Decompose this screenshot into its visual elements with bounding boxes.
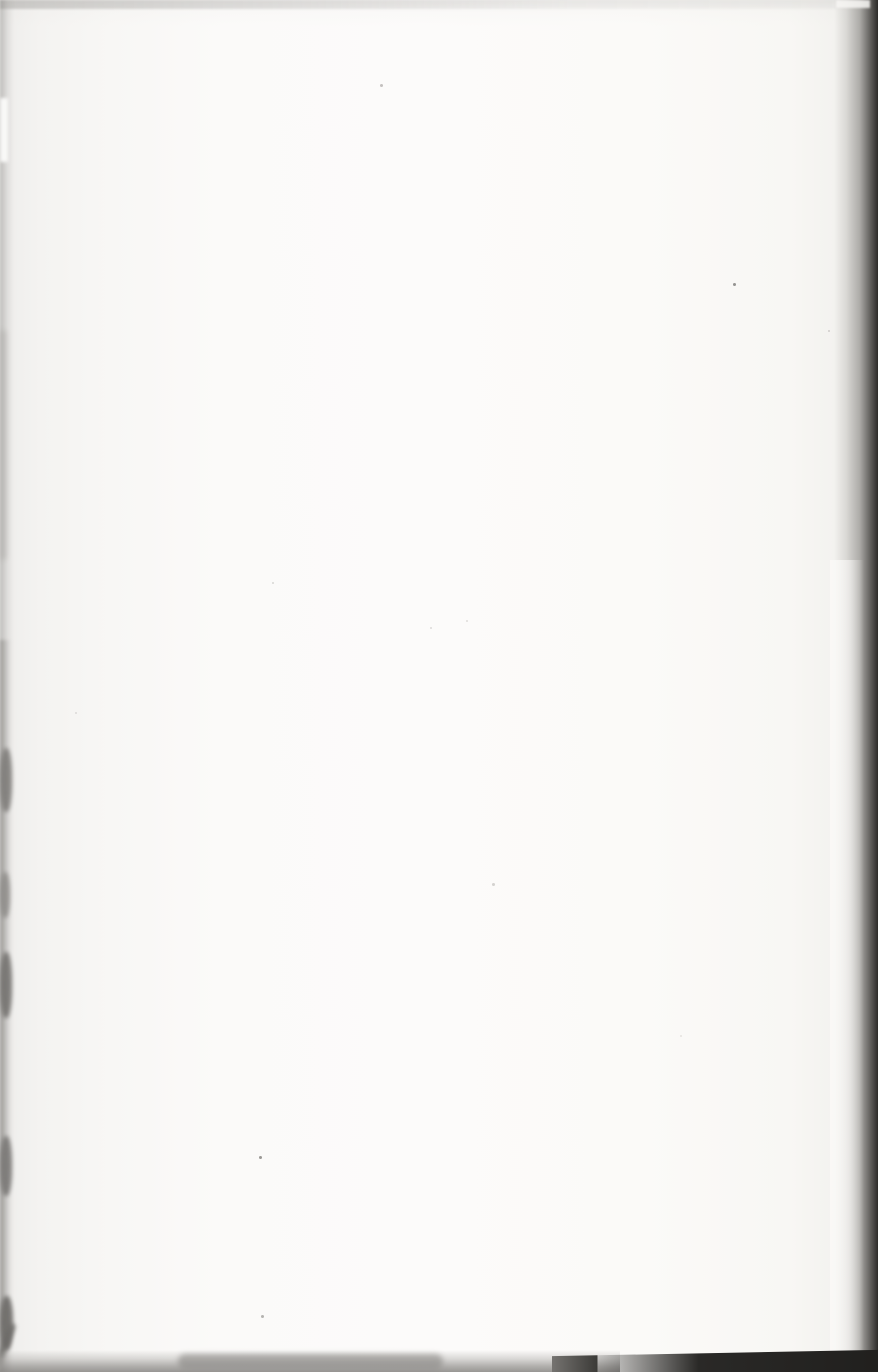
dust-speck — [261, 1315, 264, 1318]
dust-speck — [466, 620, 468, 622]
dust-speck — [733, 283, 736, 286]
dust-speck — [680, 1035, 682, 1037]
dust-speck — [828, 330, 830, 332]
bottom-scan-edge-smudge — [178, 1354, 443, 1369]
binding-stitch-mark — [0, 952, 12, 1018]
right-scan-edge-soften — [830, 560, 864, 1372]
left-gutter-smudge — [0, 330, 6, 560]
binding-stitch-mark — [0, 748, 12, 812]
dust-speck — [259, 1156, 262, 1159]
binding-stitch-mark — [0, 1296, 13, 1350]
binding-stitch-mark — [0, 1136, 12, 1196]
dust-speck — [492, 883, 495, 886]
dust-speck — [380, 84, 383, 87]
dust-speck — [272, 582, 274, 584]
left-edge-highlight — [0, 98, 8, 162]
dust-speck — [430, 627, 432, 629]
binding-stitch-mark — [0, 872, 10, 918]
scanned-book-page — [0, 0, 878, 1372]
dust-speck — [75, 712, 77, 714]
top-scan-edge-shadow — [0, 0, 878, 9]
right-scan-edge-top-gap — [836, 0, 870, 8]
